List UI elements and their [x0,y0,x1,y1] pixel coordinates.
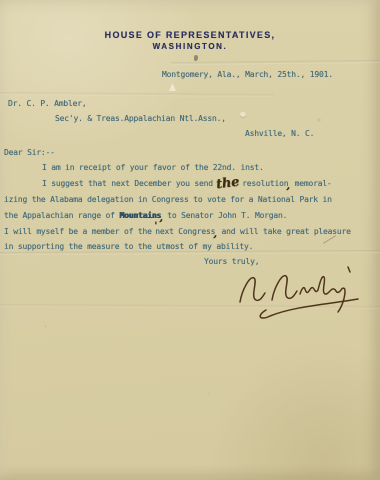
signature-flourish [260,299,358,318]
overstruck-word-mountains: Mountains [119,211,161,220]
recipient-city: Ashville, N. C. [245,129,314,138]
pencil-mark [323,235,336,244]
handwritten-comma: , [214,234,218,235]
body-line-4: the Appalachian range of Mountains, to S… [4,211,287,220]
signature-tick [348,267,350,272]
signature-stroke [272,276,297,300]
letterhead-line2: WASHINGTON. [0,42,380,51]
body-line-4-text: to Senator John T. Morgan. [163,211,288,220]
body-line-2-text: I suggest that next December you send [42,179,217,188]
body-line-5-text: and will take great pleasure [217,227,351,236]
body-line-2: I suggest that next December you send th… [42,179,332,188]
body-line-5-text: I will myself be a member of the [4,227,156,236]
letterhead: HOUSE OF REPRESENTATIVES, WASHINGTON. [0,30,380,51]
body-line-5: I will myself be a member of the 'next C… [4,227,351,236]
body-line-3: izing the Alabama delegation in Congress… [4,195,332,204]
body-line-5-text: next Congress [155,227,215,236]
body-line-6: in supporting the measure to the utmost … [4,242,253,251]
dateline: Montgomery, Ala., March, 25th., 1901. [162,70,333,79]
signature-stroke [240,278,265,302]
letter-page: HOUSE OF REPRESENTATIVES, WASHINGTON. Mo… [0,0,380,480]
body-line-1: I am in receipt of your favor of the 22n… [42,163,264,172]
recipient-name: Dr. C. P. Ambler, [8,99,86,108]
body-line-2-text: resolution [238,179,289,188]
body-line-4-text: the Appalachian range of [4,211,119,220]
fold-crease [171,60,380,65]
handwritten-comma: , [160,218,164,219]
handwritten-comma: , [287,186,291,187]
handwritten-insert-the: the [217,183,240,186]
fold-crease [0,92,274,97]
body-line-2-text: memoral- [290,179,332,188]
paper-fleck [240,112,246,117]
ink-blot [194,55,198,61]
letterhead-line1: HOUSE OF REPRESENTATIVES, [0,30,380,40]
recipient-title: Sec'y. & Treas.Appalachian Ntl.Assn., [55,114,226,123]
salutation: Dear Sir:-- [4,148,55,157]
signature-autograph [230,260,370,324]
paper-nick [169,83,176,91]
